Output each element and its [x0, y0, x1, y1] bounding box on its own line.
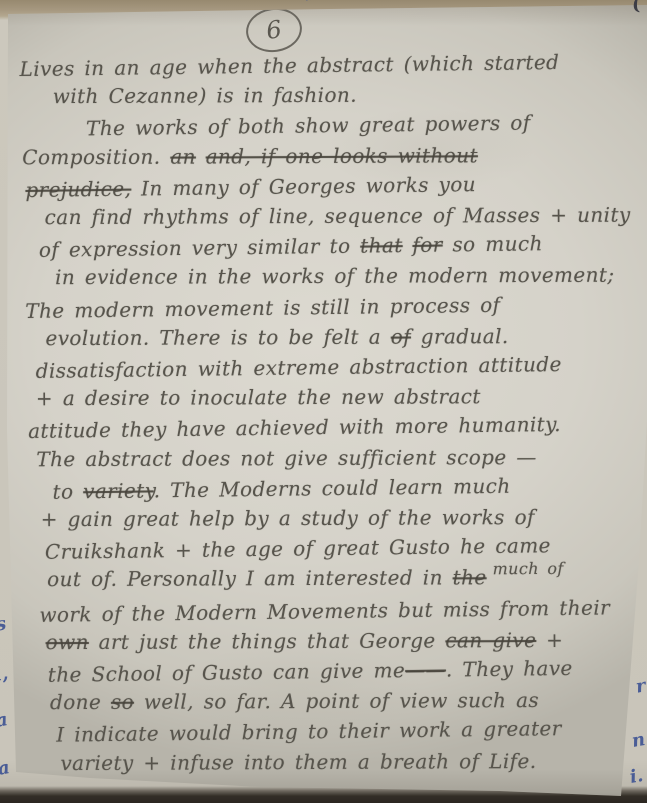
handwritten-text: of expression very similar to [39, 234, 361, 262]
handwritten-text: In many of Georges works you [131, 172, 476, 201]
struck-out-text: own [46, 630, 89, 654]
handwritten-text: + [536, 628, 563, 652]
handwritten-text: gradual. [411, 324, 509, 348]
handwritten-text: art just the things that George [89, 628, 446, 654]
handwritten-text: + gain great help by a study of the work… [41, 505, 535, 531]
manuscript-line: The works of both show great powers of [86, 106, 645, 144]
handwritten-text: dissatisfaction with extreme abstraction… [36, 352, 562, 383]
handwritten-text: in evidence in the works of the modern m… [55, 263, 615, 289]
handwritten-text: can find rhythms of line, sequence of Ma… [45, 203, 631, 230]
handwritten-text [403, 233, 413, 257]
handwritten-text: variety + infuse into them a breath of L… [60, 749, 536, 775]
handwritten-text: Composition. [22, 144, 170, 169]
manuscript-line: The abstract does not give sufficient sc… [36, 441, 647, 474]
struck-out-text: of [391, 324, 411, 348]
handwritten-text: . The Moderns could learn much [154, 474, 511, 503]
struck-out-text: the [453, 566, 487, 590]
struck-out-text: —— [405, 658, 446, 683]
struck-out-text: an [170, 144, 196, 168]
struck-out-text: so [111, 690, 134, 714]
handwritten-text: out of. Personally I am interested in [47, 566, 453, 592]
inserted-superscript-text: much of [493, 559, 564, 578]
handwritten-text: Cruikshank + the age of great Gusto he c… [45, 533, 551, 564]
struck-out-text: that [360, 233, 403, 258]
handwritten-text: done [50, 690, 111, 714]
handwritten-text: attitude they have achieved with more hu… [28, 412, 561, 443]
manuscript-line: out of. Personally I am interested in th… [47, 562, 647, 597]
handwritten-text: to [52, 479, 83, 503]
handwritten-text: + a desire to inoculate the new abstract [36, 385, 481, 411]
handwritten-text: evolution. There is to be felt a [45, 324, 390, 350]
struck-out-text: for [412, 233, 443, 257]
manuscript-line: attitude they have achieved with more hu… [28, 408, 647, 446]
handwritten-text: Lives in an age when the abstract (which… [19, 50, 559, 81]
struck-out-text: and, if one looks without [206, 143, 478, 168]
handwritten-text: work of the Modern Movements but miss fr… [39, 595, 610, 626]
handwritten-text: — [516, 445, 537, 469]
handwritten-text: The modern movement is still in process … [25, 292, 500, 322]
struck-out-text: can give [445, 628, 536, 652]
handwritten-text: well, so far. A point of view such as [134, 688, 539, 714]
manuscript-line: in evidence in the works of the modern m… [55, 260, 646, 293]
struck-out-text: prejudice, [25, 176, 131, 201]
handwritten-text: . They have [446, 656, 573, 682]
handwritten-text: The works of both show great powers of [86, 111, 531, 141]
manuscript-line: I indicate would bring to their work a g… [56, 712, 647, 750]
manuscript-page: 6 Lives in an age when the abstract (whi… [0, 0, 647, 803]
handwritten-text: the School of Gusto can give me [48, 658, 406, 687]
manuscript-line: variety + infuse into them a breath of L… [60, 745, 647, 778]
manuscript-text: Lives in an age when the abstract (which… [0, 48, 647, 779]
handwritten-text: with Cezanne) is in fashion. [53, 83, 357, 108]
page-number: 6 [264, 15, 283, 45]
struck-out-text: variety [83, 478, 154, 503]
handwritten-text: I indicate would bring to their work a g… [56, 717, 562, 748]
page-number-badge: 6 [243, 4, 305, 55]
handwritten-text: so much [443, 231, 543, 256]
handwritten-text: The abstract does not give sufficient sc… [36, 445, 516, 471]
